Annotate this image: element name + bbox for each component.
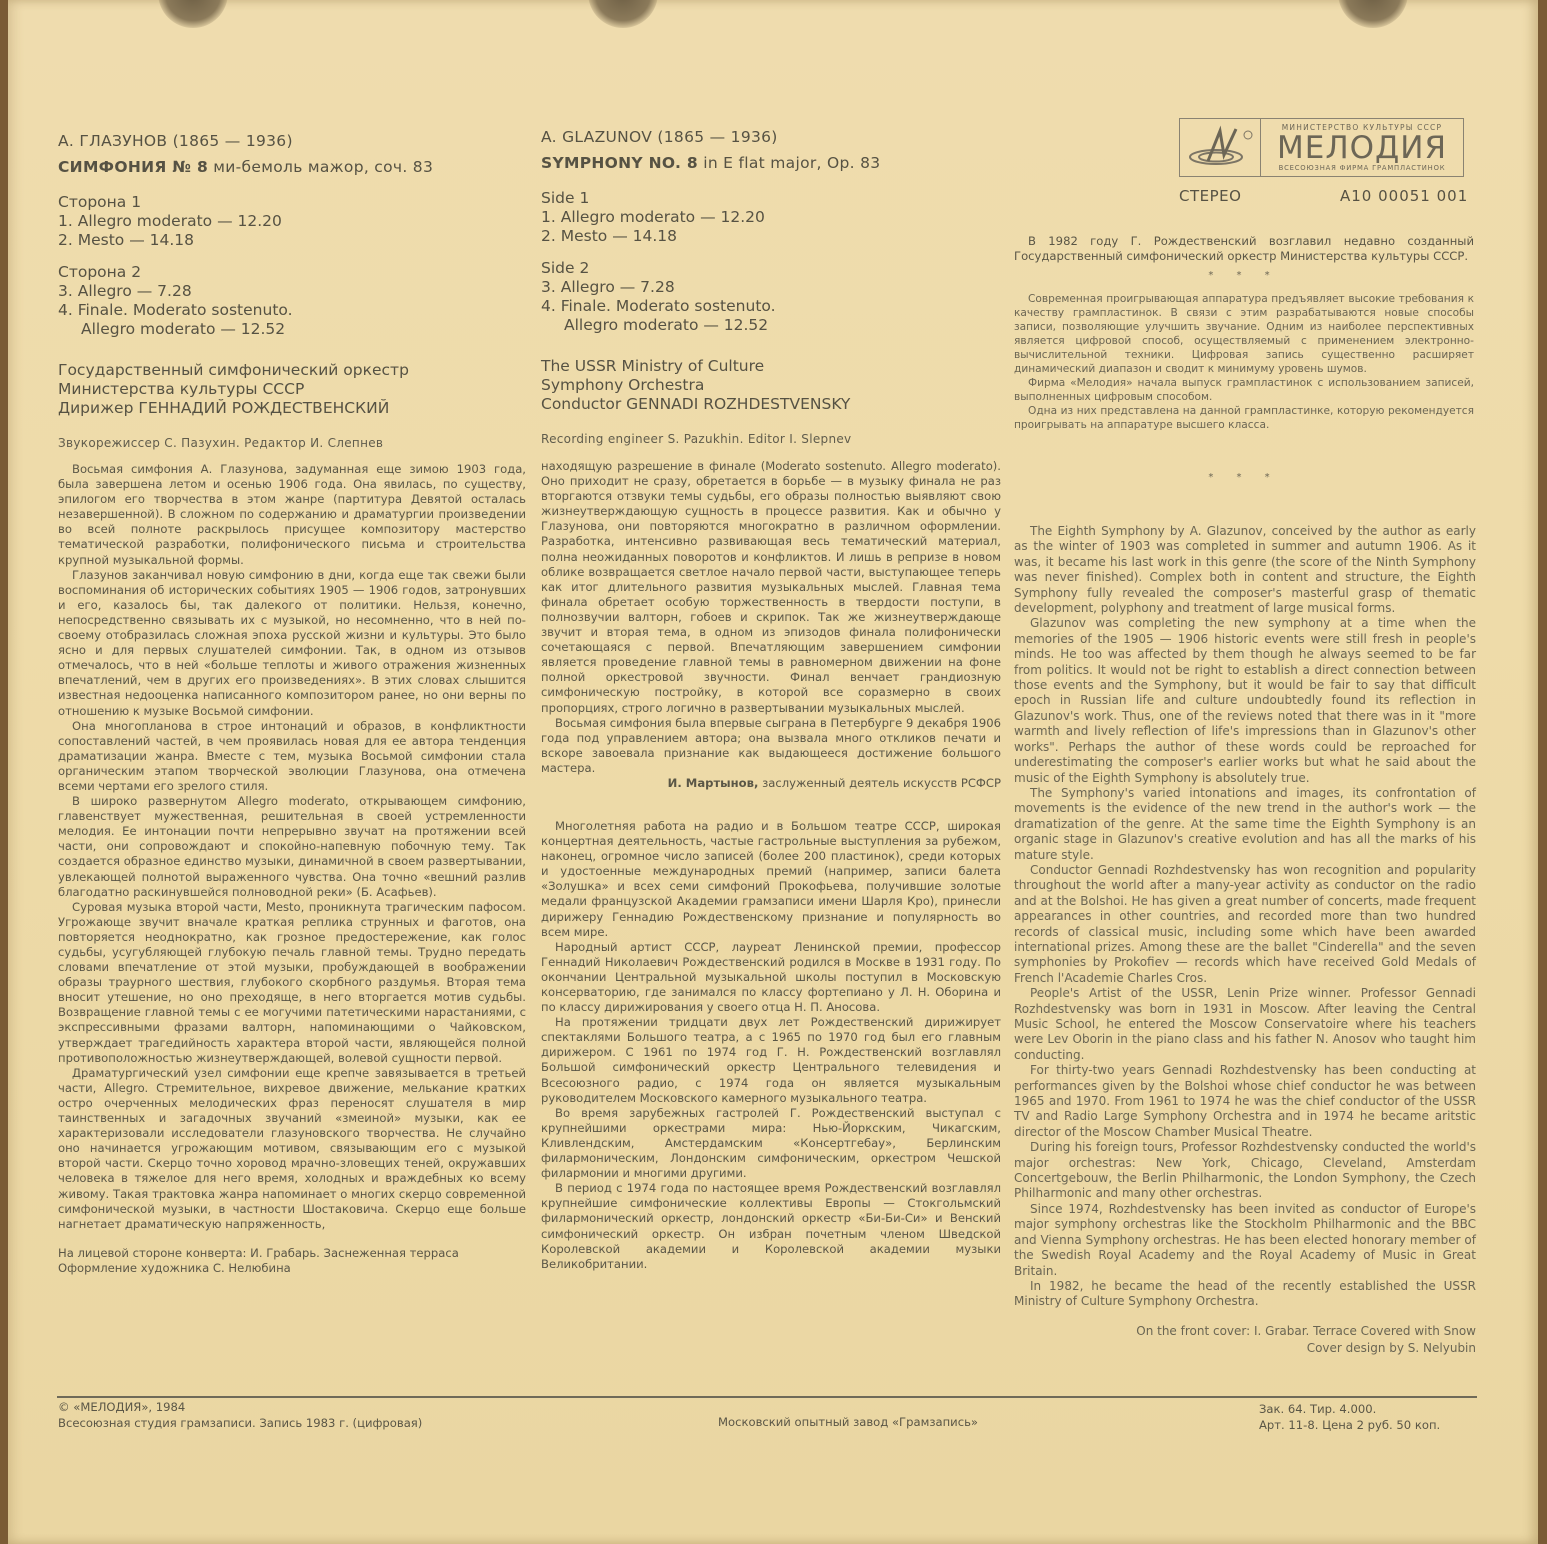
- conductor-bio-ru: Многолетняя работа на радио и в Большом …: [541, 819, 1001, 1272]
- track-en-4-cont: Allegro moderato — 12.52: [541, 316, 1001, 335]
- middle-column: A. GLAZUNOV (1865 — 1936) SYMPHONY NO. 8…: [541, 124, 1001, 1272]
- credits-ru: Звукорежиссер С. Пазухин. Редактор И. Сл…: [58, 436, 526, 450]
- brand-name: МЕЛОДИЯ: [1261, 132, 1463, 164]
- studio-info: Всесоюзная студия грамзаписи. Запись 198…: [58, 1416, 422, 1432]
- footer-left: © «МЕЛОДИЯ», 1984 Всесоюзная студия грам…: [58, 1400, 422, 1431]
- cover-note-en: On the front cover: I. Grabar. Terrace C…: [1014, 1323, 1476, 1357]
- separator: * * *: [1014, 270, 1474, 281]
- clip-shadow: [1338, 0, 1408, 28]
- track-en-1: 1. Allegro moderato — 12.20: [541, 208, 1001, 227]
- copyright: © «МЕЛОДИЯ», 1984: [58, 1400, 422, 1416]
- format-label: СТЕРЕО: [1179, 187, 1241, 205]
- footer-divider: [57, 1396, 1477, 1398]
- track-ru-3: 3. Allegro — 7.28: [58, 282, 526, 301]
- russian-notes: В 1982 году Г. Рождественский возглавил …: [1014, 234, 1474, 495]
- work-title-en: SYMPHONY NO. 8 in E flat major, Op. 83: [541, 150, 1001, 176]
- composer-ru: А. ГЛАЗУНОВ (1865 — 1936): [58, 128, 526, 154]
- track-ru-4-cont: Allegro moderato — 12.52: [58, 320, 526, 339]
- track-ru-2: 2. Mesto — 14.18: [58, 231, 526, 250]
- russian-column: А. ГЛАЗУНОВ (1865 — 1936) СИМФОНИЯ № 8 м…: [58, 128, 526, 1277]
- essay-ru: Восьмая симфония А. Глазунова, задуманна…: [58, 462, 526, 1232]
- track-ru-4: 4. Finale. Moderato sostenuto.: [58, 301, 526, 320]
- cover-note-ru: На лицевой стороне конверта: И. Грабарь.…: [58, 1246, 526, 1277]
- side-label-en-1: Side 1: [541, 188, 1001, 208]
- melodiya-emblem-icon: [1180, 119, 1261, 176]
- credits-en: Recording engineer S. Pazukhin. Editor I…: [541, 432, 1001, 446]
- separator: * * *: [1014, 472, 1474, 483]
- brand-subtitle: ВСЕСОЮЗНАЯ ФИРМА ГРАМПЛАСТИНОК: [1261, 164, 1463, 172]
- track-en-3: 3. Allegro — 7.28: [541, 278, 1001, 297]
- work-title-ru: СИМФОНИЯ № 8 ми-бемоль мажор, соч. 83: [58, 154, 526, 180]
- catalog-number: А10 00051 001: [1340, 187, 1468, 205]
- essay-signature: И. Мартынов, заслуженный деятель искусст…: [541, 776, 1001, 791]
- plant-info: Московский опытный завод «Грамзапись»: [718, 1415, 978, 1431]
- side-label-ru-1: Сторона 1: [58, 192, 526, 212]
- orchestra-ru: Государственный симфонический оркестр Ми…: [58, 361, 526, 418]
- melodiya-logo: МИНИСТЕРСТВО КУЛЬТУРЫ СССР МЕЛОДИЯ ВСЕСО…: [1179, 118, 1464, 177]
- digital-recording-note: Современная проигрывающая аппаратура пре…: [1014, 293, 1474, 432]
- track-en-4: 4. Finale. Moderato sostenuto.: [541, 297, 1001, 316]
- clip-shadow: [588, 0, 658, 28]
- footer-right: Зак. 64. Тир. 4.000. Арт. 11-8. Цена 2 р…: [1259, 1402, 1440, 1433]
- order-info: Зак. 64. Тир. 4.000.: [1259, 1402, 1440, 1418]
- english-essay: The Eighth Symphony by A. Glazunov, conc…: [1014, 524, 1476, 1357]
- track-en-2: 2. Mesto — 14.18: [541, 227, 1001, 246]
- price-info: Арт. 11-8. Цена 2 руб. 50 коп.: [1259, 1418, 1440, 1434]
- essay-ru-continued: находящую разрешение в финале (Moderato …: [541, 459, 1001, 776]
- orchestra-en: The USSR Ministry of Culture Symphony Or…: [541, 357, 1001, 414]
- composer-en: A. GLAZUNOV (1865 — 1936): [541, 124, 1001, 150]
- clip-shadow: [158, 0, 228, 28]
- note-1982: В 1982 году Г. Рождественский возглавил …: [1014, 234, 1474, 264]
- side-label-ru-2: Сторона 2: [58, 262, 526, 282]
- track-ru-1: 1. Allegro moderato — 12.20: [58, 212, 526, 231]
- side-label-en-2: Side 2: [541, 258, 1001, 278]
